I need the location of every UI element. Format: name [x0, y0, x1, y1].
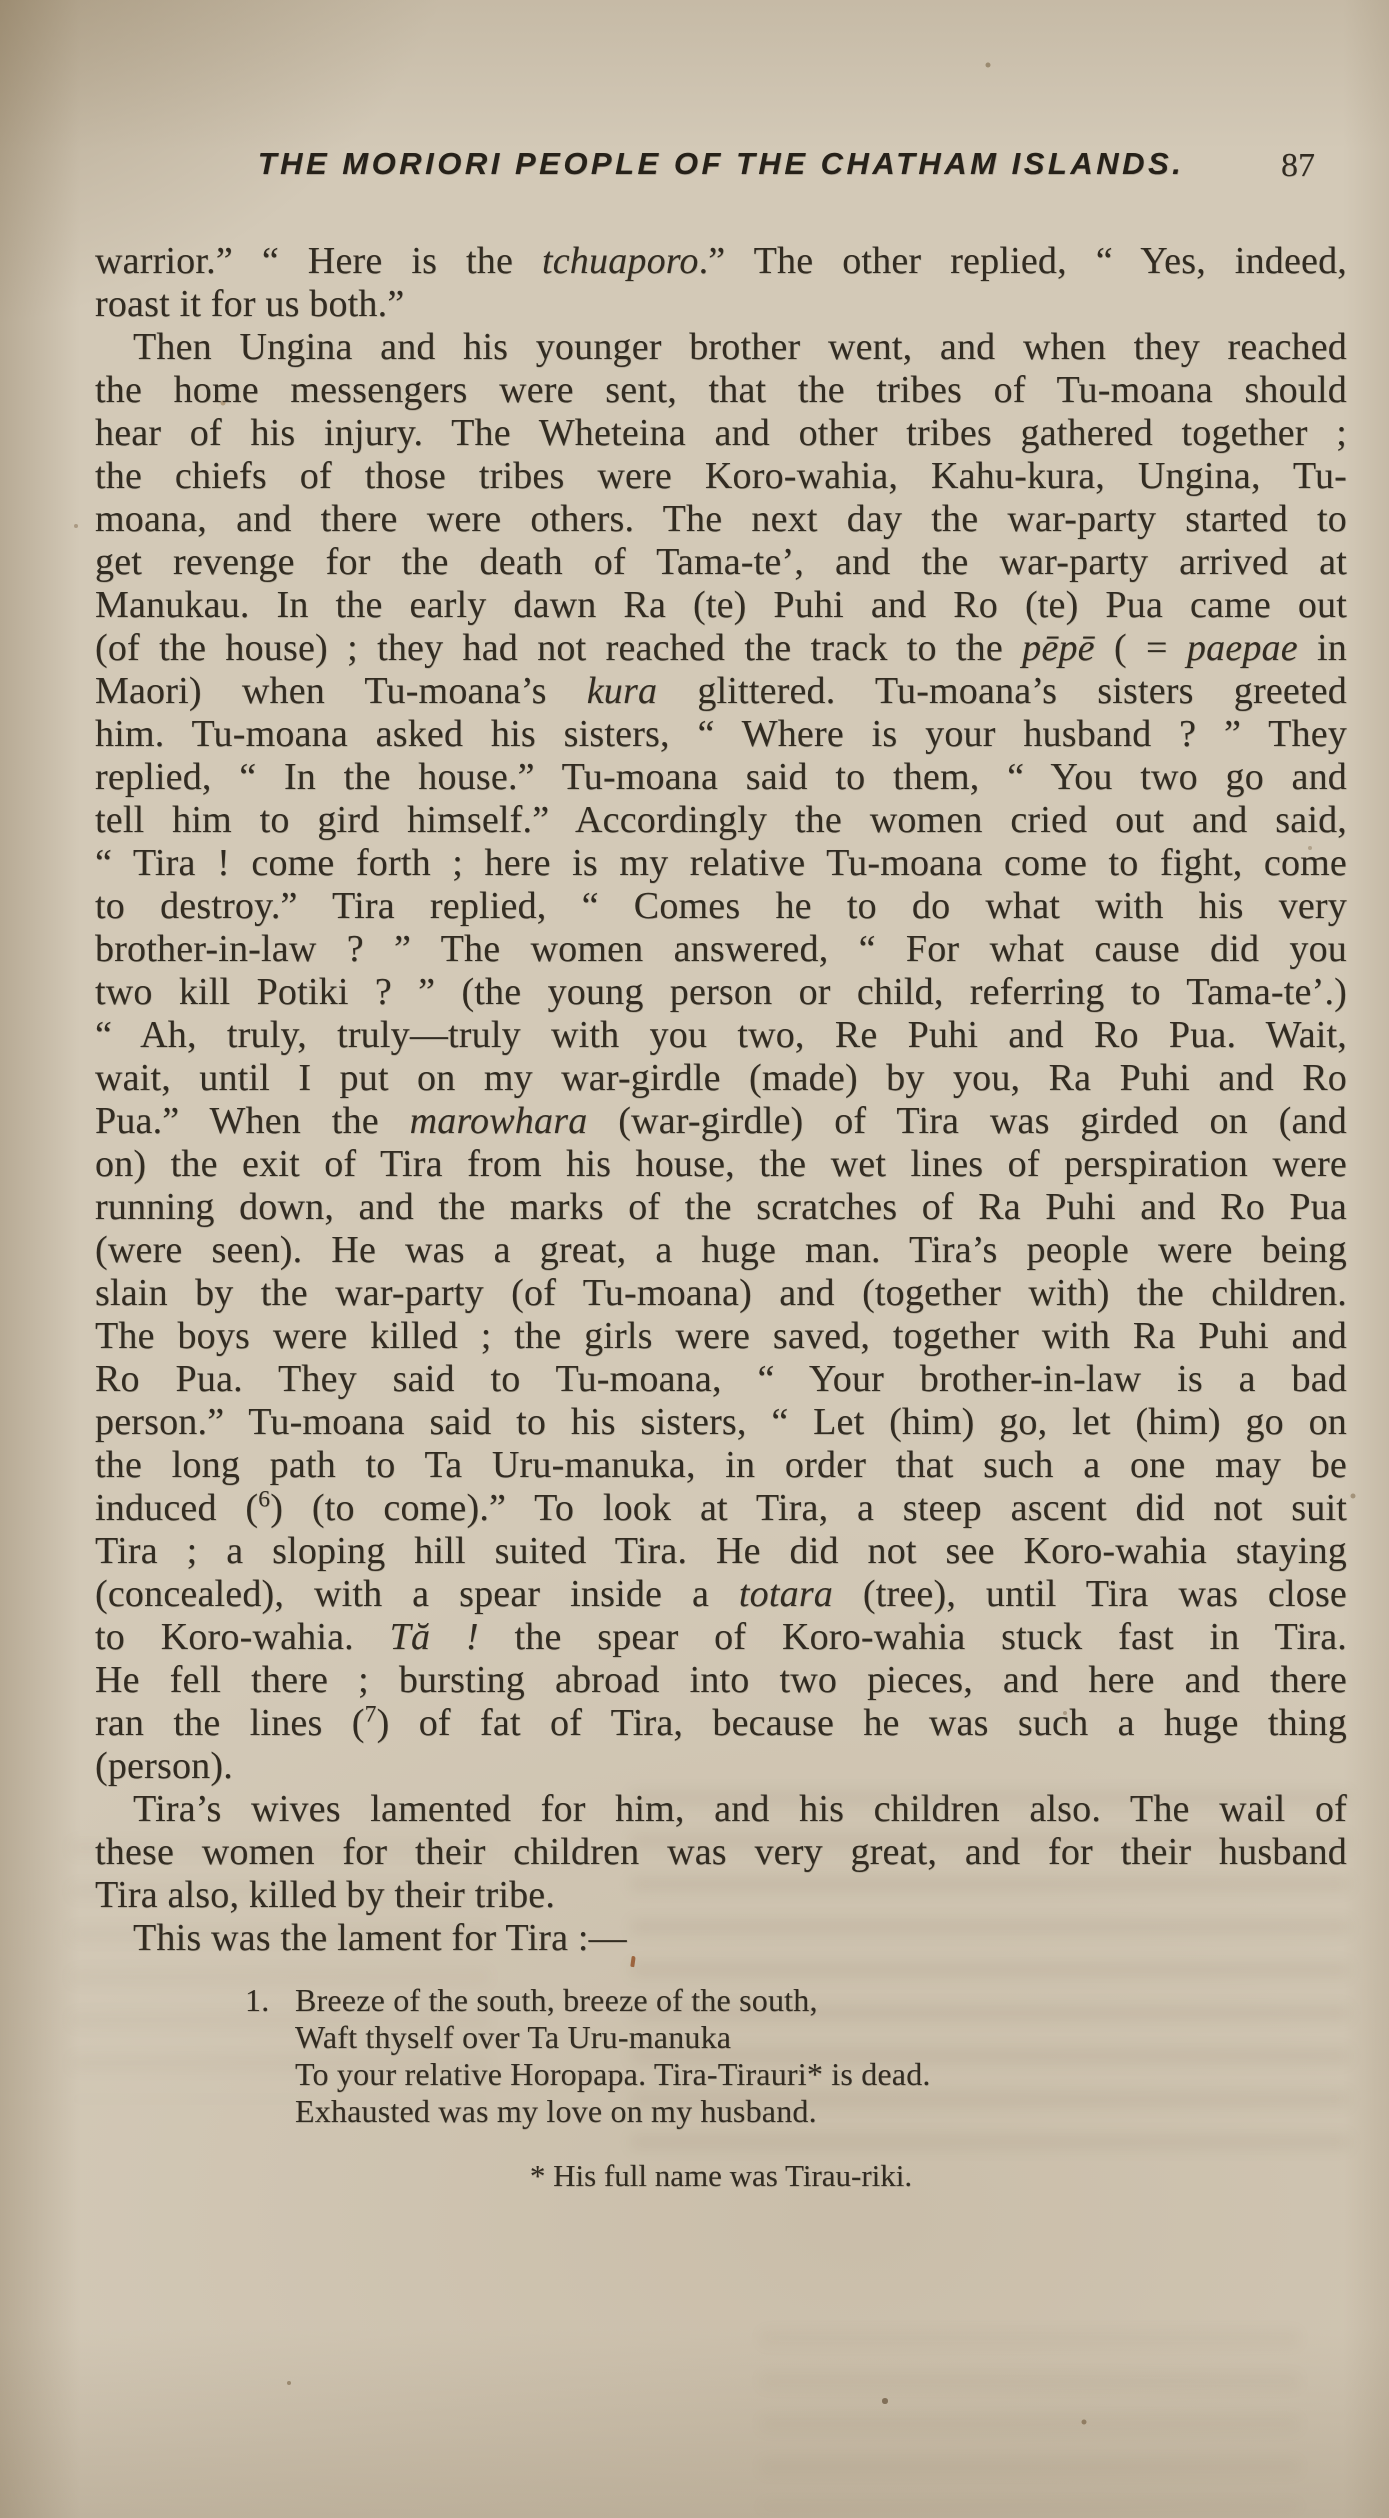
text-line: wait, until I put on my war-girdle (made…	[95, 1057, 1347, 1100]
text-line: the long path to Ta Uru-manuka, in order…	[95, 1444, 1347, 1487]
paragraph: Then Ungina and his younger brother went…	[95, 326, 1347, 1788]
verse-line: Waft thyself over Ta Uru-manuka	[245, 2019, 1347, 2056]
text-line: (of the house) ; they had not reached th…	[95, 627, 1347, 670]
text-line: Manukau. In the early dawn Ra (te) Puhi …	[95, 584, 1347, 627]
text-line: two kill Potiki ? ” (the young person or…	[95, 971, 1347, 1014]
text-line: on) the exit of Tira from his house, the…	[95, 1143, 1347, 1186]
text-line: Then Ungina and his younger brother went…	[95, 326, 1347, 369]
page-showthrough	[760, 2330, 1300, 2510]
text-line: hear of his injury. The Wheteina and oth…	[95, 412, 1347, 455]
footnote: * His full name was Tirau-riki.	[95, 2158, 1347, 2194]
text-line: to Koro-wahia. Tă ! the spear of Koro-wa…	[95, 1616, 1347, 1659]
text-line: Ro Pua. They said to Tu-moana, “ Your br…	[95, 1358, 1347, 1401]
running-header: THE MORIORI PEOPLE OF THE CHATHAM ISLAND…	[95, 146, 1347, 194]
text-line: him. Tu-moana asked his sisters, “ Where…	[95, 713, 1347, 756]
text-line: running down, and the marks of the scrat…	[95, 1186, 1347, 1229]
text-line: ran the lines (7) of fat of Tira, becaus…	[95, 1702, 1347, 1745]
text-line: the chiefs of those tribes were Koro-wah…	[95, 455, 1347, 498]
text-line: tell him to gird himself.” Accordingly t…	[95, 799, 1347, 842]
text-line: This was the lament for Tira :—	[95, 1917, 1347, 1960]
text-line: He fell there ; bursting abroad into two…	[95, 1659, 1347, 1702]
text-line: replied, “ In the house.” Tu-moana said …	[95, 756, 1347, 799]
text-line: (concealed), with a spear inside a totar…	[95, 1573, 1347, 1616]
text-line: Tira’s wives lamented for him, and his c…	[95, 1788, 1347, 1831]
text-line: roast it for us both.”	[95, 283, 1347, 326]
text-line: get revenge for the death of Tama-te’, a…	[95, 541, 1347, 584]
text-line: Pua.” When the marowhara (war-girdle) of…	[95, 1100, 1347, 1143]
text-line: Tira ; a sloping hill suited Tira. He di…	[95, 1530, 1347, 1573]
page-body: warrior.” “ Here is the tchuaporo.” The …	[95, 240, 1347, 2130]
text-line: The boys were killed ; the girls were sa…	[95, 1315, 1347, 1358]
verse-line: To your relative Horopapa. Tira-Tirauri*…	[245, 2056, 1347, 2093]
paragraph: warrior.” “ Here is the tchuaporo.” The …	[95, 240, 1347, 326]
paragraph: Tira’s wives lamented for him, and his c…	[95, 1788, 1347, 1917]
page-number: 87	[1281, 147, 1315, 185]
text-line: these women for their children was very …	[95, 1831, 1347, 1874]
verse-number: 1.	[245, 1982, 295, 2019]
text-line: brother-in-law ? ” The women answered, “…	[95, 928, 1347, 971]
verse-line: Exhausted was my love on my husband.	[245, 2093, 1347, 2130]
text-line: “ Ah, truly, truly—truly with you two, R…	[95, 1014, 1347, 1057]
text-line: moana, and there were others. The next d…	[95, 498, 1347, 541]
lament-verse: 1.Breeze of the south, breeze of the sou…	[245, 1982, 1347, 2130]
text-line: (person).	[95, 1745, 1347, 1788]
text-line: warrior.” “ Here is the tchuaporo.” The …	[95, 240, 1347, 283]
text-line: “ Tira ! come forth ; here is my relativ…	[95, 842, 1347, 885]
text-line: induced (6) (to come).” To look at Tira,…	[95, 1487, 1347, 1530]
text-line: to destroy.” Tira replied, “ Comes he to…	[95, 885, 1347, 928]
text-line: Maori) when Tu-moana’s kura glittered. T…	[95, 670, 1347, 713]
foxing-specks	[0, 0, 2, 2]
text-line: the home messengers were sent, that the …	[95, 369, 1347, 412]
book-page: THE MORIORI PEOPLE OF THE CHATHAM ISLAND…	[0, 0, 1389, 2518]
running-header-title: THE MORIORI PEOPLE OF THE CHATHAM ISLAND…	[95, 146, 1347, 182]
text-line: (were seen). He was a great, a huge man.…	[95, 1229, 1347, 1272]
paragraph: This was the lament for Tira :—	[95, 1917, 1347, 1960]
verse-line: 1.Breeze of the south, breeze of the sou…	[245, 1982, 1347, 2019]
text-line: Tira also, killed by their tribe.	[95, 1874, 1347, 1917]
text-line: person.” Tu-moana said to his sisters, “…	[95, 1401, 1347, 1444]
text-line: slain by the war-party (of Tu-moana) and…	[95, 1272, 1347, 1315]
